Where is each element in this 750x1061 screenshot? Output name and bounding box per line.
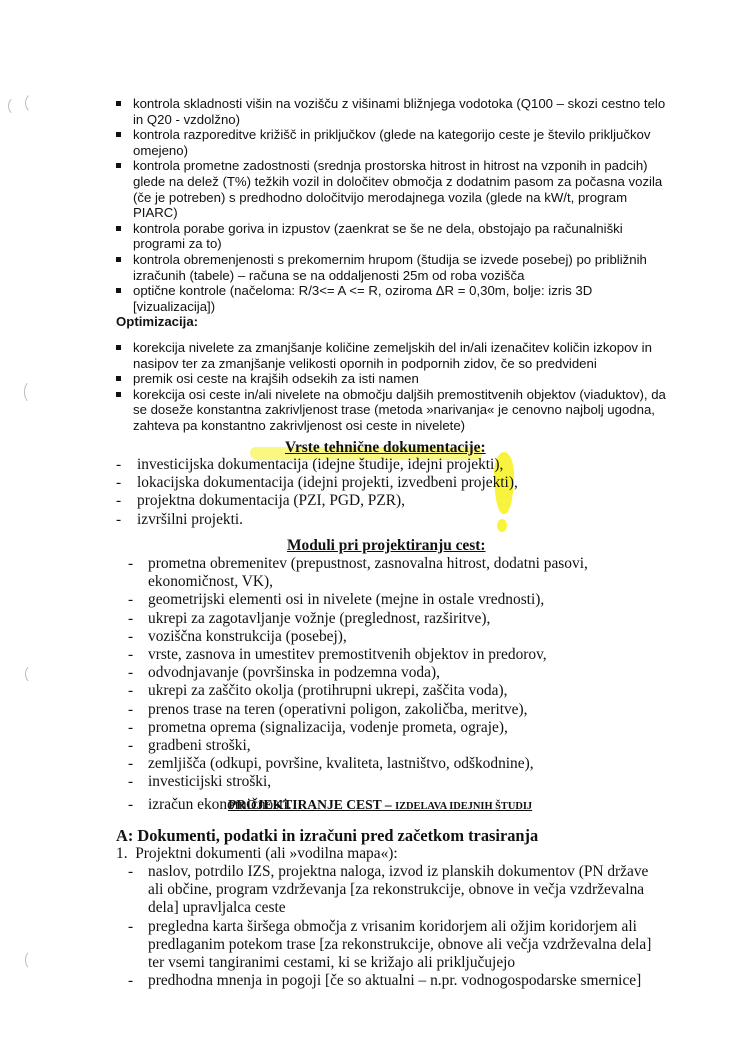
list-item-text: prometna oprema (signalizacija, vodenje … bbox=[148, 719, 508, 736]
list-item: -izvršilni projekti. bbox=[116, 511, 616, 529]
list-item: -investicijska dokumentacija (idejne štu… bbox=[116, 456, 616, 474]
scan-artifact-mark bbox=[25, 92, 47, 114]
list-item: kontrola razporeditve križišč in priklju… bbox=[112, 127, 672, 158]
list-item-text: izvršilni projekti. bbox=[137, 511, 243, 528]
list-item-text: voziščna konstrukcija (posebej), bbox=[148, 628, 347, 645]
list-item-text: gradbeni stroški, bbox=[148, 737, 251, 754]
dash-bullet: - bbox=[128, 555, 133, 573]
section-a-heading: A: Dokumenti, podatki in izračuni pred z… bbox=[116, 826, 538, 846]
scan-artifact-mark bbox=[25, 664, 43, 684]
dash-bullet: - bbox=[116, 456, 121, 474]
dash-bullet: - bbox=[128, 972, 133, 990]
list-item: korekcija osi ceste in/ali nivelete na o… bbox=[112, 387, 672, 434]
list-item: -predhodna mnenja in pogoji [če so aktua… bbox=[128, 972, 658, 990]
optimization-heading: Optimizacija: bbox=[116, 314, 198, 330]
list-item: -ukrepi za zagotavljanje vožnje (pregled… bbox=[128, 610, 648, 628]
dash-bullet: - bbox=[128, 646, 133, 664]
list-item: kontrola skladnosti višin na vozišču z v… bbox=[112, 96, 672, 127]
dash-bullet: - bbox=[128, 701, 133, 719]
dash-bullet: - bbox=[128, 628, 133, 646]
doc-types-heading: Vrste tehnične dokumentacije: bbox=[285, 439, 486, 457]
list-item: optične kontrole (načeloma: R/3<= A <= R… bbox=[112, 283, 672, 314]
list-item: korekcija nivelete za zmanjšanje količin… bbox=[112, 340, 672, 371]
list-item-text: prenos trase na teren (operativni poligo… bbox=[148, 701, 528, 718]
list-item: -prometna obremenitev (prepustnost, zasn… bbox=[128, 555, 648, 591]
list-item: kontrola prometne zadostnosti (srednja p… bbox=[112, 158, 672, 220]
dash-bullet: - bbox=[116, 474, 121, 492]
list-item-text: geometrijski elementi osi in nivelete (m… bbox=[148, 591, 544, 608]
list-item: -prometna oprema (signalizacija, vodenje… bbox=[128, 719, 648, 737]
dash-bullet: - bbox=[128, 863, 133, 881]
dash-bullet: - bbox=[116, 511, 121, 529]
list-item-text: vrste, zasnova in umestitev premostitven… bbox=[148, 646, 547, 663]
dash-bullet: - bbox=[128, 664, 133, 682]
list-item: -gradbeni stroški, bbox=[128, 737, 648, 755]
list-item-text: investicijska dokumentacija (idejne štud… bbox=[137, 456, 503, 473]
list-item: -prenos trase na teren (operativni polig… bbox=[128, 701, 648, 719]
list-item-text: naslov, potrdilo IZS, projektna naloga, … bbox=[148, 863, 648, 916]
list-item: -investicijski stroški, bbox=[128, 773, 648, 791]
list-item: -pregledna karta širšega območja z vrisa… bbox=[128, 918, 658, 973]
list-item: -odvodnjavanje (površinska in podzemna v… bbox=[128, 664, 648, 682]
dash-bullet: - bbox=[128, 737, 133, 755]
list-item: -geometrijski elementi osi in nivelete (… bbox=[128, 591, 648, 609]
list-item-text: zemljišča (odkupi, površine, kvaliteta, … bbox=[148, 755, 534, 772]
section-title-separator: – bbox=[381, 797, 395, 812]
section-title: PROJEKTIRANJE CEST – IZDELAVA IDEJNIH ŠT… bbox=[228, 797, 532, 813]
dash-bullet: - bbox=[128, 591, 133, 609]
list-item: -naslov, potrdilo IZS, projektna naloga,… bbox=[128, 863, 658, 918]
dash-bullet: - bbox=[128, 719, 133, 737]
list-item: -vrste, zasnova in umestitev premostitve… bbox=[128, 646, 648, 664]
section-title-main: PROJEKTIRANJE CEST bbox=[228, 797, 381, 812]
list-item-text: ukrepi za zaščito okolja (protihrupni uk… bbox=[148, 682, 507, 699]
list-item: kontrola obremenjenosti s prekomernim hr… bbox=[112, 252, 672, 283]
list-item-text: projektna dokumentacija (PZI, PGD, PZR), bbox=[137, 492, 405, 509]
project-documents-list: -naslov, potrdilo IZS, projektna naloga,… bbox=[128, 863, 658, 990]
dash-bullet: - bbox=[128, 918, 133, 936]
control-checks-list: kontrola skladnosti višin na vozišču z v… bbox=[112, 96, 672, 314]
scan-artifact-mark bbox=[24, 380, 40, 404]
dash-bullet: - bbox=[128, 610, 133, 628]
list-item: premik osi ceste na krajših odsekih za i… bbox=[112, 371, 672, 387]
list-item: -zemljišča (odkupi, površine, kvaliteta,… bbox=[128, 755, 648, 773]
list-item-text: lokacijska dokumentacija (idejni projekt… bbox=[137, 474, 518, 491]
dash-bullet: - bbox=[128, 773, 133, 791]
scan-artifact-mark bbox=[25, 950, 39, 970]
modules-list: -prometna obremenitev (prepustnost, zasn… bbox=[128, 555, 648, 814]
dash-bullet: - bbox=[116, 492, 121, 510]
list-item-text: investicijski stroški, bbox=[148, 773, 271, 790]
optimization-list: korekcija nivelete za zmanjšanje količin… bbox=[112, 340, 672, 434]
list-item: -lokacijska dokumentacija (idejni projek… bbox=[116, 474, 616, 492]
list-item-text: pregledna karta širšega območja z vrisan… bbox=[148, 918, 651, 971]
list-item-text: prometna obremenitev (prepustnost, zasno… bbox=[148, 555, 588, 590]
list-item: -projektna dokumentacija (PZI, PGD, PZR)… bbox=[116, 492, 616, 510]
list-item: -voziščna konstrukcija (posebej), bbox=[128, 628, 648, 646]
dash-bullet: - bbox=[128, 682, 133, 700]
list-item-text: predhodna mnenja in pogoji [če so aktual… bbox=[148, 972, 641, 989]
scanned-document-page: kontrola skladnosti višin na vozišču z v… bbox=[0, 0, 750, 1061]
modules-heading: Moduli pri projektiranju cest: bbox=[287, 537, 486, 555]
list-item-text: ukrepi za zagotavljanje vožnje (pregledn… bbox=[148, 610, 490, 627]
list-item: kontrola porabe goriva in izpustov (zaen… bbox=[112, 221, 672, 252]
doc-types-list: -investicijska dokumentacija (idejne štu… bbox=[116, 456, 616, 529]
dash-bullet: - bbox=[128, 796, 133, 814]
dash-bullet: - bbox=[128, 755, 133, 773]
section-title-sub: IZDELAVA IDEJNIH ŠTUDIJ bbox=[395, 801, 532, 812]
list-item: -ukrepi za zaščito okolja (protihrupni u… bbox=[128, 682, 648, 700]
numbered-item-1: 1. Projektni dokumenti (ali »vodilna map… bbox=[116, 845, 398, 863]
list-item-text: odvodnjavanje (površinska in podzemna vo… bbox=[148, 664, 440, 681]
